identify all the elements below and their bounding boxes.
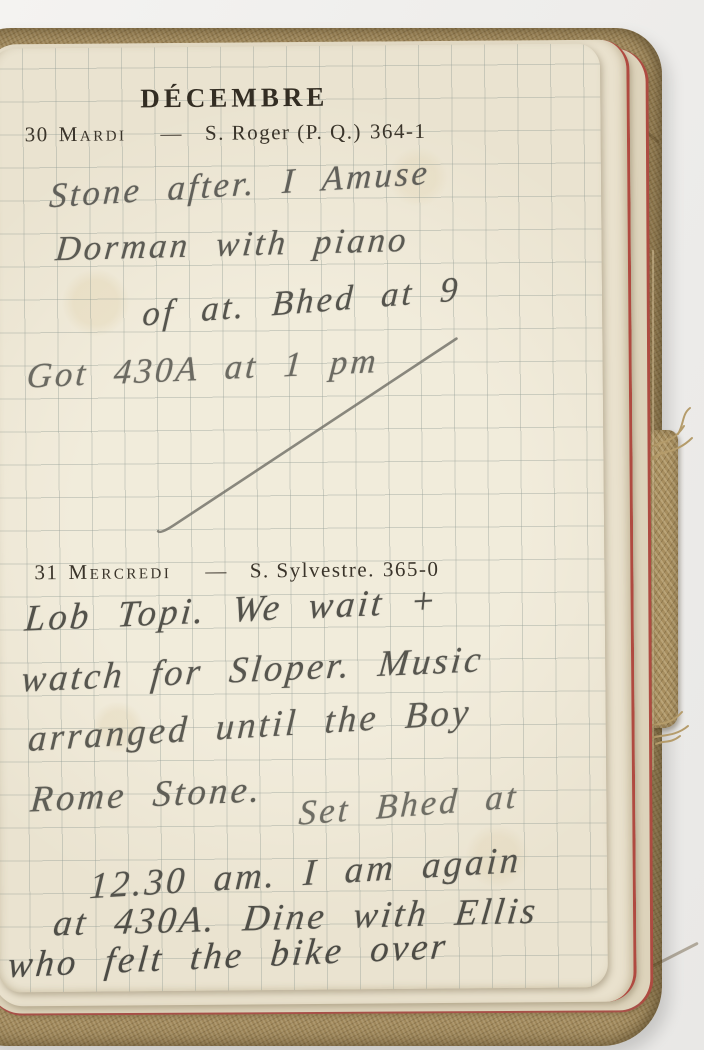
day-count: 365-0: [383, 557, 440, 581]
day-name: Mercredi: [68, 559, 171, 584]
saint-name: S. Sylvestre.: [250, 557, 375, 582]
day-number: 30: [25, 122, 49, 146]
day-header-31: 31Mercredi—S. Sylvestre.365-0: [34, 557, 439, 586]
photo-scene: le DÉCEMBRE 30Mardi—S. Roger (P. Q.)364-…: [0, 0, 704, 1050]
day-separator: —: [205, 559, 228, 583]
day-header-30: 30Mardi—S. Roger (P. Q.)364-1: [25, 119, 427, 148]
cover-seam: [652, 250, 654, 770]
day-count: 364-1: [370, 119, 427, 143]
diary-page: DÉCEMBRE 30Mardi—S. Roger (P. Q.)364-1 S…: [0, 43, 608, 992]
day-name: Mardi: [59, 121, 127, 146]
month-title: DÉCEMBRE: [0, 80, 478, 115]
saint-name: S. Roger (P. Q.): [205, 119, 362, 144]
day-separator: —: [160, 121, 183, 145]
day-number: 31: [34, 560, 58, 584]
